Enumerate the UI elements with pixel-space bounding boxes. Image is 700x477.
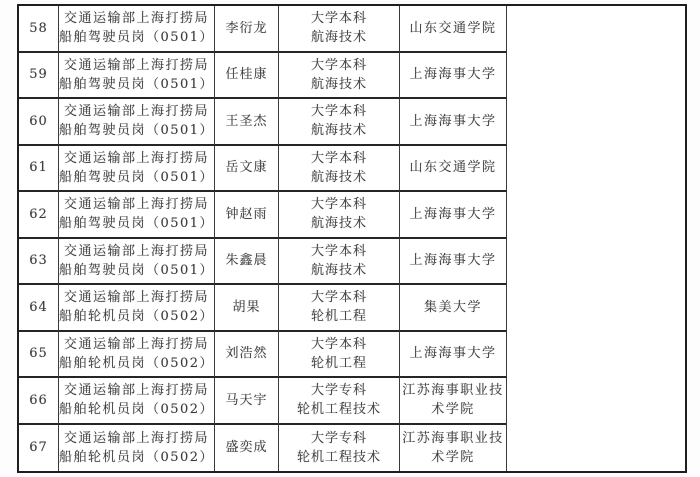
education-major: 轮机工程技术 <box>297 448 381 467</box>
position-line1: 交通运输部上海打捞局 <box>64 195 209 214</box>
name-cell: 刘浩然 <box>215 332 279 379</box>
education-level: 大学本科 <box>311 195 367 214</box>
position-line1: 交通运输部上海打捞局 <box>64 381 209 400</box>
position-line2: 船舶轮机员岗（0502） <box>59 307 214 326</box>
education-level: 大学本科 <box>311 149 367 168</box>
position-line2: 船舶轮机员岗（0502） <box>59 448 214 467</box>
row-number: 63 <box>19 239 59 286</box>
name-cell: 胡果 <box>215 285 279 332</box>
education-major: 轮机工程 <box>311 307 367 326</box>
school-line1: 江苏海事职业技 <box>402 381 504 400</box>
education-major: 航海技术 <box>311 168 367 187</box>
applicant-table: 58 交通运输部上海打捞局 船舶驾驶员岗（0501） 李衍龙 大学本科 航海技术… <box>17 4 687 473</box>
position-line1: 交通运输部上海打捞局 <box>64 102 209 121</box>
position-line2: 船舶驾驶员岗（0501） <box>59 214 214 233</box>
education-cell: 大学专科 轮机工程技术 <box>279 378 400 425</box>
education-level: 大学本科 <box>311 102 367 121</box>
school-cell: 山东交通学院 <box>400 146 507 193</box>
position-cell: 交通运输部上海打捞局 船舶驾驶员岗（0501） <box>59 192 215 239</box>
education-major: 航海技术 <box>311 28 367 47</box>
position-cell: 交通运输部上海打捞局 船舶驾驶员岗（0501） <box>59 53 215 100</box>
school-cell: 山东交通学院 <box>400 6 507 53</box>
position-cell: 交通运输部上海打捞局 船舶轮机员岗（0502） <box>59 425 215 472</box>
education-cell: 大学本科 航海技术 <box>279 239 400 286</box>
name-cell: 钟赵雨 <box>215 192 279 239</box>
position-line1: 交通运输部上海打捞局 <box>64 242 209 261</box>
position-line2: 船舶驾驶员岗（0501） <box>59 75 214 94</box>
education-cell: 大学本科 轮机工程 <box>279 285 400 332</box>
position-line1: 交通运输部上海打捞局 <box>64 9 209 28</box>
position-cell: 交通运输部上海打捞局 船舶驾驶员岗（0501） <box>59 146 215 193</box>
education-level: 大学专科 <box>311 429 367 448</box>
school-cell: 江苏海事职业技 术学院 <box>400 378 507 425</box>
row-number: 62 <box>19 192 59 239</box>
name-cell: 岳文康 <box>215 146 279 193</box>
school-line1: 上海海事大学 <box>409 65 496 84</box>
position-cell: 交通运输部上海打捞局 船舶驾驶员岗（0501） <box>59 239 215 286</box>
school-cell: 上海海事大学 <box>400 332 507 379</box>
position-cell: 交通运输部上海打捞局 船舶轮机员岗（0502） <box>59 285 215 332</box>
school-line2: 术学院 <box>431 448 475 467</box>
education-level: 大学专科 <box>311 381 367 400</box>
school-cell: 集美大学 <box>400 285 507 332</box>
scanned-document-page: 58 交通运输部上海打捞局 船舶驾驶员岗（0501） 李衍龙 大学本科 航海技术… <box>0 0 700 477</box>
row-number: 58 <box>19 6 59 53</box>
school-line1: 集美大学 <box>424 298 482 317</box>
education-major: 航海技术 <box>311 214 367 233</box>
education-cell: 大学专科 轮机工程技术 <box>279 425 400 472</box>
education-cell: 大学本科 航海技术 <box>279 99 400 146</box>
position-line2: 船舶轮机员岗（0502） <box>59 354 214 373</box>
school-line1: 上海海事大学 <box>409 251 496 270</box>
education-cell: 大学本科 航海技术 <box>279 192 400 239</box>
education-major: 航海技术 <box>311 261 367 280</box>
name-cell: 盛奕成 <box>215 425 279 472</box>
education-major: 航海技术 <box>311 121 367 140</box>
school-cell: 江苏海事职业技 术学院 <box>400 425 507 472</box>
position-cell: 交通运输部上海打捞局 船舶轮机员岗（0502） <box>59 378 215 425</box>
education-level: 大学本科 <box>311 242 367 261</box>
row-number: 66 <box>19 378 59 425</box>
notes-column-cell <box>507 6 685 471</box>
position-cell: 交通运输部上海打捞局 船舶驾驶员岗（0501） <box>59 99 215 146</box>
school-cell: 上海海事大学 <box>400 239 507 286</box>
education-major: 轮机工程技术 <box>297 400 381 419</box>
position-cell: 交通运输部上海打捞局 船舶驾驶员岗（0501） <box>59 6 215 53</box>
position-line1: 交通运输部上海打捞局 <box>64 56 209 75</box>
row-number: 60 <box>19 99 59 146</box>
school-cell: 上海海事大学 <box>400 53 507 100</box>
position-line2: 船舶驾驶员岗（0501） <box>59 28 214 47</box>
name-cell: 李衍龙 <box>215 6 279 53</box>
education-level: 大学本科 <box>311 56 367 75</box>
education-cell: 大学本科 航海技术 <box>279 6 400 53</box>
row-number: 67 <box>19 425 59 472</box>
position-line1: 交通运输部上海打捞局 <box>64 288 209 307</box>
name-cell: 任桂康 <box>215 53 279 100</box>
position-line2: 船舶驾驶员岗（0501） <box>59 261 214 280</box>
position-line2: 船舶驾驶员岗（0501） <box>59 121 214 140</box>
row-number: 64 <box>19 285 59 332</box>
school-line1: 上海海事大学 <box>409 112 496 131</box>
position-line2: 船舶轮机员岗（0502） <box>59 400 214 419</box>
row-number: 61 <box>19 146 59 193</box>
education-cell: 大学本科 轮机工程 <box>279 332 400 379</box>
school-line1: 江苏海事职业技 <box>402 429 504 448</box>
school-line1: 山东交通学院 <box>409 158 496 177</box>
education-level: 大学本科 <box>311 9 367 28</box>
name-cell: 马天宇 <box>215 378 279 425</box>
school-line1: 上海海事大学 <box>409 344 496 363</box>
row-number: 65 <box>19 332 59 379</box>
education-cell: 大学本科 航海技术 <box>279 146 400 193</box>
name-cell: 朱鑫晨 <box>215 239 279 286</box>
education-level: 大学本科 <box>311 335 367 354</box>
position-line1: 交通运输部上海打捞局 <box>64 335 209 354</box>
education-cell: 大学本科 航海技术 <box>279 53 400 100</box>
position-line1: 交通运输部上海打捞局 <box>64 429 209 448</box>
education-major: 轮机工程 <box>311 354 367 373</box>
school-line1: 山东交通学院 <box>409 19 496 38</box>
school-cell: 上海海事大学 <box>400 99 507 146</box>
position-line2: 船舶驾驶员岗（0501） <box>59 168 214 187</box>
school-line1: 上海海事大学 <box>409 205 496 224</box>
education-level: 大学本科 <box>311 288 367 307</box>
position-cell: 交通运输部上海打捞局 船舶轮机员岗（0502） <box>59 332 215 379</box>
row-number: 59 <box>19 53 59 100</box>
school-cell: 上海海事大学 <box>400 192 507 239</box>
education-major: 航海技术 <box>311 75 367 94</box>
school-line2: 术学院 <box>431 400 475 419</box>
name-cell: 王圣杰 <box>215 99 279 146</box>
position-line1: 交通运输部上海打捞局 <box>64 149 209 168</box>
